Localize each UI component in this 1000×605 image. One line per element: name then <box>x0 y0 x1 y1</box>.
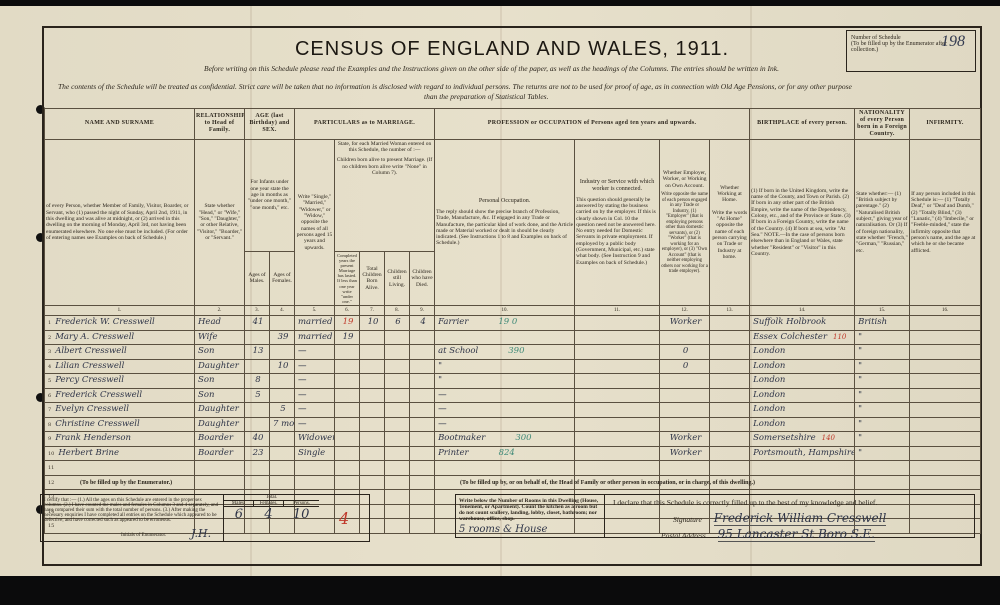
children-died-cell <box>410 490 435 505</box>
working-at-home-cell <box>710 374 750 389</box>
relationship-cell <box>195 475 245 490</box>
row-number: 2 <box>48 335 51 341</box>
marriage-years-cell <box>335 359 360 374</box>
age-female-cell <box>270 475 295 490</box>
children-living-cell <box>385 461 410 476</box>
infirmity-cell <box>910 432 981 447</box>
marital-condition-cell <box>295 461 335 476</box>
census-document: CENSUS OF ENGLAND AND WALES, 1911. Befor… <box>0 6 1000 576</box>
occupation: Bootmaker <box>438 433 485 443</box>
occupation-cell: " <box>435 359 575 374</box>
instruction-confidential: The contents of the Schedule will be tre… <box>58 82 852 91</box>
person-name: Mary A. Cresswell <box>55 332 134 342</box>
age-male-cell <box>245 359 270 374</box>
children-label: Children born alive to present Marriage.… <box>336 157 433 176</box>
industry-cell <box>575 374 660 389</box>
relationship: Boarder <box>198 448 233 458</box>
employment-status: Worker <box>670 448 702 458</box>
industry-cell <box>575 461 660 476</box>
page-title: CENSUS OF ENGLAND AND WALES, 1911. <box>44 38 980 61</box>
children-born: 10 <box>368 317 379 327</box>
children-died-cell <box>410 403 435 418</box>
person-name-cell: 4Lilian Cresswell <box>45 359 195 374</box>
marital-condition: — <box>298 361 307 371</box>
table-row: 3Albert CresswellSon13—at School3900Lond… <box>45 345 981 360</box>
person-name-cell: 7Evelyn Cresswell <box>45 403 195 418</box>
children-total-label: Total Children Born Alive. <box>360 251 385 306</box>
children-living-cell <box>385 359 410 374</box>
col-num: 10. <box>435 306 575 316</box>
marital-condition: — <box>298 375 307 385</box>
children-born-cell: 10 <box>360 316 385 331</box>
row-number: 6 <box>48 393 51 399</box>
home-label: Whether Working at Home. <box>711 185 748 204</box>
children-living-cell <box>385 417 410 432</box>
postal-address: 95 Lancaster St Boro S.E. <box>718 527 875 542</box>
employment-status-cell: Worker <box>660 446 710 461</box>
age-female-cell: 7 months <box>270 417 295 432</box>
employment-status: 0 <box>683 346 688 356</box>
children-living-cell <box>385 345 410 360</box>
col-num: 13. <box>710 306 750 316</box>
marriage-years-label: Completed years the present Marriage has… <box>335 251 360 306</box>
working-at-home-cell <box>710 345 750 360</box>
age-female-cell <box>270 432 295 447</box>
age-male-cell: 23 <box>245 446 270 461</box>
children-died-cell <box>410 330 435 345</box>
nationality-cell: " <box>855 374 910 389</box>
totals-box: Total. Males. Females. Persons. 6 4 10 <box>223 495 319 541</box>
row-number: 12 <box>48 480 54 486</box>
working-at-home-cell <box>710 359 750 374</box>
children-born-cell <box>360 417 385 432</box>
age-female: 10 <box>278 361 289 371</box>
age-male-cell: 40 <box>245 432 270 447</box>
row-number: 4 <box>48 364 51 370</box>
signature-label: Signature <box>673 515 702 524</box>
employment-status-cell <box>660 461 710 476</box>
age-male: 41 <box>253 317 264 327</box>
employment-status-cell <box>660 374 710 389</box>
working-at-home-cell <box>710 388 750 403</box>
marriage-years-cell <box>335 417 360 432</box>
birthplace: Essex Colchester <box>753 332 827 342</box>
occupation-cell: " <box>435 374 575 389</box>
table-row: 1Frederick W. CresswellHead41married1910… <box>45 316 981 331</box>
children-living-cell <box>385 403 410 418</box>
children-died: 4 <box>420 317 425 327</box>
col-num: 14. <box>750 306 855 316</box>
personal-occupation-label: Personal Occupation. <box>436 198 573 205</box>
personal-occupation-desc: The reply should show the precise branch… <box>436 209 573 247</box>
col-num: 12. <box>660 306 710 316</box>
col-num: 9. <box>410 306 435 316</box>
person-name: Christine Cresswell <box>55 419 140 429</box>
occupation-cell: Bootmaker300 <box>435 432 575 447</box>
industry-cell <box>575 432 660 447</box>
enumerator-initials: J.H. <box>191 527 211 540</box>
occupation-code: 390 <box>508 346 524 356</box>
married-woman-instructions: State, for each Married Woman entered on… <box>335 139 435 251</box>
person-name: Frederick Cresswell <box>55 390 142 400</box>
birthplace-cell: London <box>750 417 855 432</box>
employment-status: Worker <box>670 433 702 443</box>
nationality: " <box>858 433 862 443</box>
age-male: 23 <box>253 448 264 458</box>
occupation-code: 300 <box>515 433 531 443</box>
persons-label: Persons. <box>283 501 319 506</box>
relationship-cell: Son <box>195 374 245 389</box>
birthplace-instructions: (1) If born in the United Kingdom, write… <box>750 139 855 306</box>
age-female-cell <box>270 446 295 461</box>
col-num: 2. <box>195 306 245 316</box>
table-row: 9Frank HendersonBoarder40WidowerBootmake… <box>45 432 981 447</box>
industry-instructions: Industry or Service with which worker is… <box>575 139 660 306</box>
person-name: Lilian Cresswell <box>55 361 124 371</box>
row-number: 1 <box>48 320 51 326</box>
birthplace-cell: Portsmouth, Hampshire162 <box>750 446 855 461</box>
children-died-cell <box>410 432 435 447</box>
rooms-box: Write below the Number of Rooms in this … <box>455 494 605 538</box>
industry-desc: This question should generally be answer… <box>576 197 658 266</box>
marital-condition: — <box>298 419 307 429</box>
rooms-label: Write below the Number of Rooms in this … <box>459 498 601 522</box>
marital-condition-cell: — <box>295 417 335 432</box>
birthplace: London <box>753 346 785 356</box>
age-female-cell <box>270 374 295 389</box>
relationship-cell: Daughter <box>195 417 245 432</box>
age-male: 5 <box>255 390 260 400</box>
row-number: 11 <box>48 465 54 471</box>
age-female-cell: 10 <box>270 359 295 374</box>
children-living-cell <box>385 475 410 490</box>
industry-cell <box>575 446 660 461</box>
row-number: 7 <box>48 407 51 413</box>
birthplace: London <box>753 404 785 414</box>
occupation: Printer <box>438 448 469 458</box>
occupation: — <box>438 419 447 429</box>
home-instructions: Whether Working at Home. Write the words… <box>710 139 750 306</box>
birthplace: London <box>753 361 785 371</box>
col-num: 5. <box>295 306 335 316</box>
nationality-cell <box>855 475 910 490</box>
birthplace: Somersetshire <box>753 433 816 443</box>
age-female: 39 <box>278 332 289 342</box>
age-female: 5 <box>280 404 285 414</box>
relationship: Daughter <box>198 404 239 414</box>
age-female: 7 months <box>273 419 295 429</box>
person-name-cell: 8Christine Cresswell <box>45 417 195 432</box>
working-at-home-cell <box>710 446 750 461</box>
industry-cell <box>575 359 660 374</box>
relationship-cell: Son <box>195 388 245 403</box>
birthplace-code: 140 <box>822 434 835 442</box>
occupation: " <box>438 375 442 385</box>
children-born-cell <box>360 345 385 360</box>
occupation-cell: Printer824 <box>435 446 575 461</box>
enumerator-certify: I certify that :— (1.) All the ages on t… <box>44 498 219 523</box>
person-name: Evelyn Cresswell <box>55 404 129 414</box>
infirmity-cell <box>910 330 981 345</box>
relationship: Wife <box>198 332 217 342</box>
marriage-years-cell <box>335 446 360 461</box>
children-living-cell: 6 <box>385 316 410 331</box>
marital-condition-cell <box>295 475 335 490</box>
age-females-label: Ages of Females. <box>270 251 295 306</box>
infirmity-cell <box>910 461 981 476</box>
nationality: " <box>858 346 862 356</box>
instruction-ink: Before writing on this Schedule please r… <box>204 64 779 73</box>
age-male-cell <box>245 461 270 476</box>
females-total: 4 <box>254 507 284 522</box>
employer-desc: Write opposite the name of each person e… <box>661 192 708 275</box>
initials-label: Initials of Enumerator. <box>121 533 166 538</box>
relationship-cell: Boarder <box>195 432 245 447</box>
nationality-cell: " <box>855 359 910 374</box>
header-birthplace: BIRTHPLACE of every person. <box>750 109 855 140</box>
infirmity-cell <box>910 345 981 360</box>
nationality-cell: " <box>855 330 910 345</box>
males-label: Males. <box>224 501 253 506</box>
table-row: 5Percy CresswellSon8—"London" <box>45 374 981 389</box>
birthplace-cell: London <box>750 388 855 403</box>
birthplace-cell: Essex Colchester110 <box>750 330 855 345</box>
condition-instructions: Write "Single," "Married," "Widower," or… <box>295 139 335 306</box>
home-desc: Write the words "At Home" opposite the n… <box>711 210 748 261</box>
census-table: NAME AND SURNAME RELATIONSHIP to Head of… <box>44 108 981 534</box>
marriage-years-cell <box>335 403 360 418</box>
employment-status: Worker <box>670 317 702 327</box>
infirmity-instructions: If any person included in this Schedule … <box>910 139 981 306</box>
nationality: " <box>858 419 862 429</box>
marital-condition: Single <box>298 448 325 458</box>
employment-status-cell: Worker <box>660 432 710 447</box>
header-occupation: PROFESSION or OCCUPATION of Persons aged… <box>435 109 750 140</box>
relationship-cell: Son <box>195 345 245 360</box>
relationship: Daughter <box>198 361 239 371</box>
relationship: Son <box>198 346 214 356</box>
children-died-cell <box>410 461 435 476</box>
working-at-home-cell <box>710 461 750 476</box>
birthplace-cell: London <box>750 374 855 389</box>
children-living-cell <box>385 490 410 505</box>
table-row: 4Lilian CresswellDaughter10—"0London" <box>45 359 981 374</box>
children-died-cell: 4 <box>410 316 435 331</box>
nationality-cell: " <box>855 388 910 403</box>
infirmity-cell <box>910 374 981 389</box>
industry-cell <box>575 388 660 403</box>
infirmity-cell <box>910 359 981 374</box>
occupation-cell: — <box>435 388 575 403</box>
marital-condition: — <box>298 390 307 400</box>
nationality-cell: British <box>855 316 910 331</box>
occupation-cell: — <box>435 417 575 432</box>
children-living-cell <box>385 504 410 519</box>
enumerator-box: I certify that :— (1.) All the ages on t… <box>40 494 370 542</box>
declaration-box: I declare that this Schedule is correctl… <box>605 494 975 538</box>
age-male: 40 <box>253 433 264 443</box>
birthplace: London <box>753 390 785 400</box>
working-at-home-cell <box>710 316 750 331</box>
marital-condition: Widower <box>298 433 335 443</box>
working-at-home-cell <box>710 403 750 418</box>
birthplace: Portsmouth, Hampshire <box>753 448 855 458</box>
person-name-cell: 2Mary A. Cresswell <box>45 330 195 345</box>
col-num: 11. <box>575 306 660 316</box>
instruction-statistical: than the preparation of Statistical Tabl… <box>424 92 548 101</box>
children-born-cell <box>360 374 385 389</box>
relationship: Head <box>198 317 221 327</box>
occupation-cell: at School390 <box>435 345 575 360</box>
nationality: " <box>858 361 862 371</box>
person-name: Herbert Brine <box>58 448 119 458</box>
row-number: 10 <box>48 451 54 457</box>
person-name-cell: 1Frederick W. Cresswell <box>45 316 195 331</box>
employment-status-cell: 0 <box>660 359 710 374</box>
row-number: 3 <box>48 349 51 355</box>
children-born-cell <box>360 461 385 476</box>
table-row: 7Evelyn CresswellDaughter5——London" <box>45 403 981 418</box>
industry-cell <box>575 403 660 418</box>
row-number: 5 <box>48 378 51 384</box>
marital-condition-cell: — <box>295 403 335 418</box>
industry-cell <box>575 316 660 331</box>
children-living-cell <box>385 374 410 389</box>
relationship-cell <box>195 461 245 476</box>
occupation: Farrier <box>438 317 468 327</box>
children-died-cell <box>410 519 435 534</box>
marriage-years: 19 <box>343 317 354 327</box>
employment-status-cell: 0 <box>660 345 710 360</box>
age-males-label: Ages of Males. <box>245 251 270 306</box>
age-male: 8 <box>255 375 260 385</box>
children-living-cell <box>385 388 410 403</box>
age-female-cell <box>270 388 295 403</box>
col-num: 7. <box>360 306 385 316</box>
children-living-cell <box>385 446 410 461</box>
col-num: 8. <box>385 306 410 316</box>
row-number: 9 <box>48 436 51 442</box>
working-at-home-cell <box>710 417 750 432</box>
person-name-cell: 9Frank Henderson <box>45 432 195 447</box>
children-born-cell <box>360 330 385 345</box>
nationality-instructions: State whether:— (1) "British subject by … <box>855 139 910 306</box>
table-row: 6Frederick CresswellSon5——London" <box>45 388 981 403</box>
marriage-years-cell <box>335 388 360 403</box>
relationship: Boarder <box>198 433 233 443</box>
infirmity-cell <box>910 388 981 403</box>
children-died-label: Children who have Died. <box>410 251 435 306</box>
industry-label: Industry or Service with which worker is… <box>576 179 658 193</box>
age-female-cell: 5 <box>270 403 295 418</box>
header-marriage: PARTICULARS as to MARRIAGE. <box>295 109 435 140</box>
birthplace-cell: London <box>750 359 855 374</box>
relationship-cell: Boarder <box>195 446 245 461</box>
schedule-number-box: Number of Schedule (To be filled up by t… <box>846 30 976 72</box>
age-male-cell: 8 <box>245 374 270 389</box>
industry-cell <box>575 345 660 360</box>
marriage-years-cell: 19 <box>335 316 360 331</box>
nationality-cell: " <box>855 432 910 447</box>
nationality-cell: " <box>855 403 910 418</box>
infirmity-cell <box>910 475 981 490</box>
marriage-years: 19 <box>343 332 354 342</box>
children-died-cell <box>410 446 435 461</box>
col-num: 6. <box>335 306 360 316</box>
occupation-cell: — <box>435 403 575 418</box>
table-row: 8Christine CresswellDaughter7 months——Lo… <box>45 417 981 432</box>
relationship-cell: Daughter <box>195 359 245 374</box>
marriage-years-cell <box>335 461 360 476</box>
marriage-years-cell <box>335 345 360 360</box>
table-row: 11 <box>45 461 981 476</box>
children-living-label: Children still Living. <box>385 251 410 306</box>
children-living-cell <box>385 519 410 534</box>
industry-cell <box>575 330 660 345</box>
nationality: " <box>858 375 862 385</box>
children-living-cell <box>385 330 410 345</box>
infirmity-cell <box>910 316 981 331</box>
occupation-cell <box>435 330 575 345</box>
occupation-code: 824 <box>499 448 515 458</box>
relationship-cell: Wife <box>195 330 245 345</box>
person-name-cell: 6Frederick Cresswell <box>45 388 195 403</box>
marital-condition-cell: Single <box>295 446 335 461</box>
person-name: Albert Cresswell <box>55 346 127 356</box>
person-name-cell: 11 <box>45 461 195 476</box>
infirmity-cell <box>910 417 981 432</box>
age-male: 13 <box>253 346 264 356</box>
age-female-cell: 39 <box>270 330 295 345</box>
age-male-cell <box>245 330 270 345</box>
employment-status: 0 <box>683 361 688 371</box>
nationality: British <box>858 317 887 327</box>
nationality-cell: " <box>855 345 910 360</box>
children-died-cell <box>410 374 435 389</box>
children-born-cell <box>360 446 385 461</box>
marital-condition: married <box>298 332 332 342</box>
person-name: Frederick W. Cresswell <box>55 317 155 327</box>
row-number: 8 <box>48 422 51 428</box>
rooms-count: 5 rooms & House <box>459 524 601 535</box>
occupation-code: 19 0 <box>498 317 517 327</box>
nationality: " <box>858 404 862 414</box>
age-female-cell <box>270 345 295 360</box>
industry-cell <box>575 417 660 432</box>
children-died-cell <box>410 475 435 490</box>
marriage-years-cell <box>335 374 360 389</box>
employment-status-cell <box>660 417 710 432</box>
signature: Frederick William Cresswell <box>714 511 887 526</box>
birthplace-code: 110 <box>833 333 846 341</box>
children-died-cell <box>410 504 435 519</box>
birthplace-cell <box>750 475 855 490</box>
age-male-cell <box>245 403 270 418</box>
working-at-home-cell <box>710 330 750 345</box>
birthplace: Suffolk Holbrook <box>753 317 826 327</box>
table-row: 10Herbert BrineBoarder23SinglePrinter824… <box>45 446 981 461</box>
header-name: NAME AND SURNAME <box>45 109 195 140</box>
employment-status-cell <box>660 403 710 418</box>
employer-label: Whether Employer, Worker, or Working on … <box>661 170 708 189</box>
marital-condition-cell: — <box>295 388 335 403</box>
children-born-cell <box>360 388 385 403</box>
relationship-cell: Daughter <box>195 403 245 418</box>
marriage-years-cell: 19 <box>335 330 360 345</box>
header-relationship: RELATIONSHIP to Head of Family. <box>195 109 245 140</box>
children-living: 6 <box>395 317 400 327</box>
occupation: — <box>438 390 447 400</box>
